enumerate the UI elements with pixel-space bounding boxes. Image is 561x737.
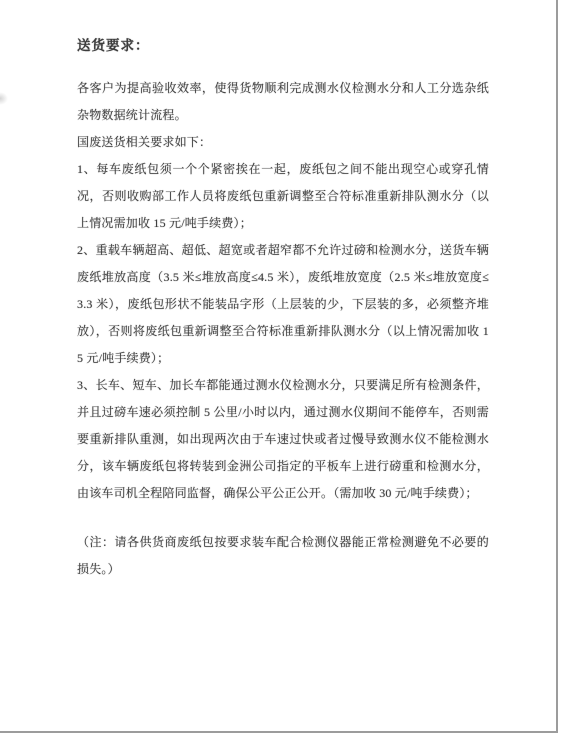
- note-paragraph: （注：请各供货商废纸包按要求装车配合检测仪器能正常检测避免不必要的损失。）: [77, 529, 489, 583]
- document-page: 送货要求： 各客户为提高验收效率，使得货物顺利完成测水仪检测水分和人工分选杂纸杂…: [0, 0, 561, 737]
- page-edge-right-line: [556, 0, 558, 733]
- intro-paragraph: 各客户为提高验收效率，使得货物顺利完成测水仪检测水分和人工分选杂纸杂物数据统计流…: [77, 75, 489, 129]
- page-title: 送货要求：: [77, 32, 489, 59]
- requirement-item-3: 3、长车、短车、加长车都能通过测水仪检测水分，只要满足所有检测条件，并且过磅车速…: [77, 372, 489, 507]
- page-edge-bottom-line: [0, 731, 558, 733]
- scan-artifact-smudge: [0, 92, 8, 105]
- requirement-item-1: 1、每车废纸包须一个个紧密挨在一起，废纸包之间不能出现空心或穿孔情况，否则收购部…: [77, 156, 489, 237]
- requirement-item-2: 2、重载车辆超高、超低、超宽或者超窄都不允许过磅和检测水分，送货车辆废纸堆放高度…: [77, 237, 489, 372]
- requirements-heading: 国废送货相关要求如下：: [77, 129, 489, 156]
